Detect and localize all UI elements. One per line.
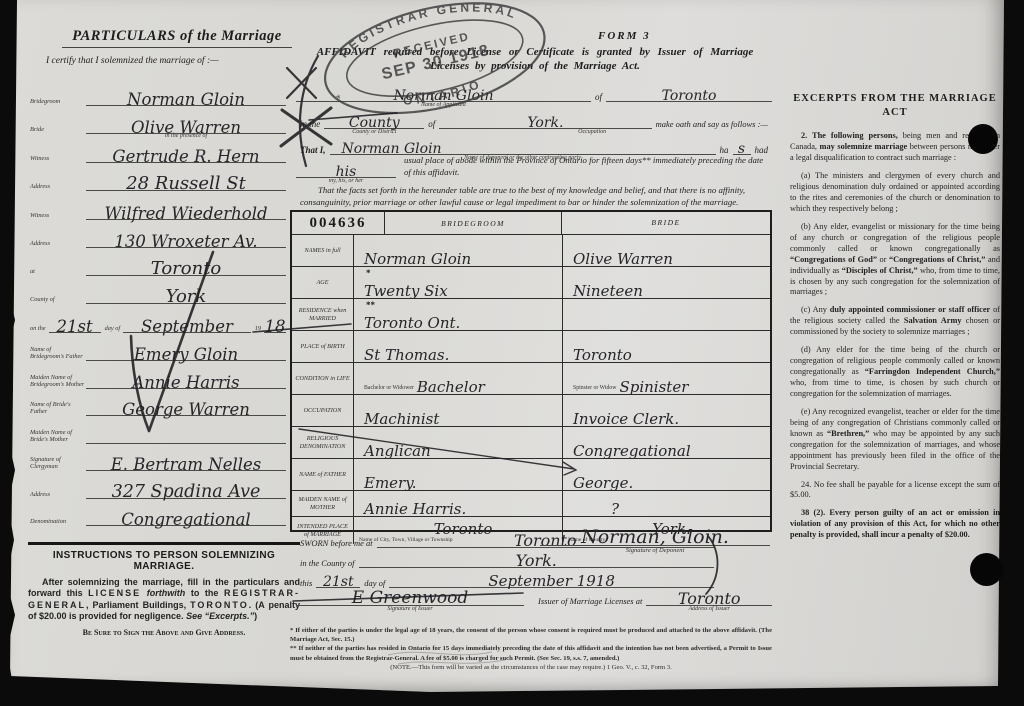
groom-cell: Bachelor or WidowerBachelor (354, 363, 563, 394)
field-denomination: Denomination Congregational (30, 502, 286, 526)
handwritten-value: Annie Harris (132, 373, 239, 392)
printed-oath: make oath and say as follows :— (652, 119, 772, 129)
field-clergy-address: Address 327 Spadina Ave (30, 475, 286, 499)
printed-sworn-at: SWORN before me at (296, 538, 377, 548)
table-row-denomination: RELIGIOUS DENOMINATION Anglican Congrega… (292, 427, 770, 459)
excerpt-para-a: (a) The ministers and clergymen of every… (790, 171, 1000, 215)
issuer-signature-line: E Greenwood Signature of Issuer (296, 585, 524, 606)
footnotes: * If either of the parties is under the … (290, 626, 772, 672)
handwritten-cell: Bachelor (417, 378, 485, 396)
handwritten-cell: Norman Gloin (364, 250, 471, 268)
excerpt-para-38: 38 (2). Every person guilty of an act or… (790, 508, 1000, 541)
field-label: Witness (30, 212, 86, 220)
handwritten-value: 327 Spadina Ave (112, 482, 261, 502)
field-label: Witness (30, 155, 86, 163)
row-label: RELIGIOUS DENOMINATION (292, 427, 354, 458)
stamp-asterisk: * (335, 91, 343, 106)
handwritten-cell: Anglican (364, 442, 431, 460)
field-address-1: Address 28 Russell St (30, 167, 286, 191)
field-address-2: Address 130 Wroxeter Av. (30, 224, 286, 248)
bride-cell: Spinster or WidowSpinister (563, 363, 770, 394)
table-row-names: NAMES in full Norman Gloin Olive Warren (292, 235, 770, 267)
row-label: AGE (292, 267, 354, 298)
row-label: NAMES in full (292, 235, 354, 266)
row-label: RESIDENCE when MARRIED (292, 299, 354, 330)
handwritten-year: 18 (265, 317, 286, 336)
field-label: Bridegroom (30, 98, 86, 106)
groom-cell: St Thomas. (354, 331, 563, 362)
handwritten-value: Congregational (121, 510, 250, 529)
handwritten-day: 21st (57, 317, 93, 336)
row-label: MAIDEN NAME of MOTHER (292, 491, 354, 516)
bride-cell: Nineteen (563, 267, 770, 298)
row-label: NAME of FATHER (292, 459, 354, 490)
groom-cell: **Toronto Ont. (354, 299, 563, 330)
printed-of: of (591, 92, 606, 102)
facts-paragraph: That the facts set forth in the hereunde… (300, 185, 772, 209)
certify-line: I certify that I solemnized the marriage… (46, 56, 219, 66)
ruled-line: Wilfred Wiederhold (86, 200, 286, 220)
handwritten-cell: Machinist (364, 410, 439, 428)
ruled-line (86, 443, 286, 444)
handwritten-cell: Toronto (573, 346, 632, 364)
field-label: County of (30, 296, 86, 304)
bride-cell: Congregational (563, 427, 770, 458)
handwritten-cell: Twenty Six (364, 282, 448, 300)
ruled-line: Gertrude R. Hern (86, 143, 286, 163)
excerpt-para-e: (e) Any recognized evangelist, teacher o… (790, 407, 1000, 473)
excerpts-title: EXCERPTS FROM THE MARRIAGE ACT (790, 92, 1000, 119)
ruled-line: 130 Wroxeter Av. (86, 228, 286, 248)
license-number: 004636 (292, 212, 385, 234)
footnote-mark: ** (366, 300, 375, 310)
form-number: FORM 3 (598, 30, 651, 42)
field-witness-1: Witness Gertrude R. Hern (30, 139, 286, 163)
condition-caption: Bachelor or Widower (364, 385, 414, 394)
printed-had: had (751, 145, 773, 155)
handwritten-value: Norman Gloin (127, 90, 245, 109)
ruled-line: E. Bertram Nelles (86, 451, 286, 471)
bride-cell (563, 299, 770, 330)
handwritten-value: George Warren (122, 400, 250, 419)
issuer-line: E Greenwood Signature of Issuer Issuer o… (296, 586, 772, 606)
handwritten-value: York (166, 286, 207, 307)
date-prefix: on the (30, 325, 49, 333)
excerpt-para-d: (d) Any elder for the time being of the … (790, 345, 1000, 400)
handwritten-cell: Invoice Clerk. (573, 410, 679, 428)
groom-cell: Machinist (354, 395, 563, 426)
table-row-mother: MAIDEN NAME of MOTHER Annie Harris. ? (292, 491, 770, 517)
printed-in-county: in the County of (296, 558, 359, 568)
hole-punch-bottom (970, 553, 1003, 586)
date-19: 19 (251, 325, 264, 333)
printed-that-i: That I, (296, 145, 330, 155)
deponent-signature-caption: Signature of Deponent (540, 547, 770, 554)
deponent-line: That I, Norman Gloin Name of deponent or… (296, 133, 772, 155)
field-bride-mother: Maiden Name of Bride's Mother (30, 420, 286, 444)
issuer-address-caption: Address of Issuer (688, 606, 729, 612)
field-bride: Bride Olive Warren in the presence of (30, 110, 286, 134)
ruled-line: Olive Warren in the presence of (86, 114, 286, 134)
groom-cell: Emery. (354, 459, 563, 490)
hole-punch-top (968, 124, 998, 154)
handwritten-deponent-signature: Norman, Gloin. (581, 526, 729, 548)
ha-s-line: s (733, 138, 751, 155)
handwritten-cell: Emery. (364, 474, 416, 492)
field-label: Bride (30, 126, 86, 134)
particulars-title: PARTICULARS of the Marriage (62, 28, 292, 48)
field-label: Maiden Name of Bride's Mother (30, 429, 86, 444)
applicant-place-line: Toronto (606, 85, 772, 102)
field-label: Name of Bridegroom's Father (30, 346, 86, 361)
field-groom-mother: Maiden Name of Bridegroom's Mother Annie… (30, 365, 286, 389)
bride-cell: ? (563, 491, 770, 516)
handwritten-cell: Spinister (619, 378, 688, 396)
ruled-line: Toronto (86, 254, 286, 276)
instructions-title: INSTRUCTIONS TO PERSON SOLEMNIZING MARRI… (28, 550, 300, 572)
table-header: 004636 BRIDEGROOM BRIDE (292, 212, 770, 235)
groom-cell: *Twenty Six (354, 267, 563, 298)
handwritten-value: Toronto (151, 258, 222, 279)
field-date: on the 21st day of September 19 18 (30, 309, 286, 333)
handwritten-cell: Annie Harris. (364, 500, 466, 518)
field-label: Signature of Clergyman (30, 456, 86, 471)
field-label: Maiden Name of Bridegroom's Mother (30, 374, 86, 389)
handwritten-cell: Toronto Ont. (364, 314, 460, 332)
handwritten-value: E. Bertram Nelles (111, 455, 262, 474)
svg-text:ONTARIO: ONTARIO (401, 76, 486, 112)
instructions-footer: Be Sure to Sign the Above and Give Addre… (28, 628, 300, 637)
ruled-line: York (86, 282, 286, 304)
stamp-arc-bottom: ONTARIO (401, 76, 486, 112)
issuer-place-line: Toronto Address of Issuer (646, 586, 772, 606)
field-label: Address (30, 240, 86, 248)
deponent-name-line: Norman Gloin Name of deponent or the oth… (330, 138, 716, 155)
groom-cell: Norman Gloin (354, 235, 563, 266)
field-groom-father: Name of Bridegroom's Father Emery Gloin (30, 337, 286, 361)
handwritten-value: Gertrude R. Hern (112, 147, 259, 166)
bride-cell: Invoice Clerk. (563, 395, 770, 426)
his-line: his my, his, or her (296, 161, 396, 178)
abode-line: his my, his, or her usual place of abode… (296, 158, 772, 178)
ruled-line: Annie Harris (86, 369, 286, 389)
row-label: PLACE of BIRTH (292, 331, 354, 362)
row-label: OCCUPATION (292, 395, 354, 426)
ruled-line: 327 Spadina Ave (86, 478, 286, 499)
excerpt-para-b: (b) Any elder, evangelist or missionary … (790, 222, 1000, 299)
condition-caption: Spinster or Widow (573, 385, 616, 394)
ruled-line: Norman Gloin (86, 86, 286, 106)
handwritten-cell: St Thomas. (364, 346, 449, 364)
divider-rule (28, 542, 300, 545)
marriage-table: 004636 BRIDEGROOM BRIDE NAMES in full No… (290, 210, 772, 532)
ruled-line: Congregational (86, 506, 286, 526)
bride-cell: George. (563, 459, 770, 490)
instructions-box: INSTRUCTIONS TO PERSON SOLEMNIZING MARRI… (28, 550, 300, 637)
field-label: Address (30, 183, 86, 191)
field-label: Denomination (30, 518, 86, 526)
table-row-birthplace: PLACE of BIRTH St Thomas. Toronto (292, 331, 770, 363)
issuer-signature-caption: Signature of Issuer (387, 606, 432, 612)
handwritten-month: September (141, 317, 233, 336)
handwritten-place: Toronto (662, 88, 717, 104)
county-value-line: York. Occupation (439, 112, 651, 129)
field-bride-father: Name of Bride's Father George Warren (30, 392, 286, 416)
table-row-residence: RESIDENCE when MARRIED **Toronto Ont. (292, 299, 770, 331)
instructions-body: After solemnizing the marriage, fill in … (28, 577, 300, 622)
field-at: at Toronto (30, 252, 286, 276)
ruled-line: 28 Russell St (86, 169, 286, 191)
ruled-line: September (123, 313, 251, 333)
table-row-father: NAME of FATHER Emery. George. (292, 459, 770, 491)
excerpt-para-24: 24. No fee shall be payable for a licens… (790, 480, 1000, 502)
ruled-line: Emery Gloin (86, 341, 286, 361)
groom-cell: Annie Harris. (354, 491, 563, 516)
field-bridegroom: Bridegroom Norman Gloin (30, 82, 286, 106)
footnote-1: * If either of the parties is under the … (290, 626, 772, 644)
table-row-age: AGE *Twenty Six Nineteen (292, 267, 770, 299)
handwritten-value: Emery Gloin (134, 345, 238, 364)
handwritten-county: York. (527, 115, 563, 131)
handwritten-issuer-signature: E Greenwood (352, 588, 469, 608)
printed-issuer-at: Issuer of Marriage Licenses at (524, 596, 646, 606)
printed-ha: ha (716, 145, 733, 155)
ruled-line: George Warren (86, 396, 286, 416)
bride-cell: Toronto (563, 331, 770, 362)
bride-header: BRIDE (561, 212, 770, 234)
field-label: at (30, 268, 86, 276)
footnote-mark: * (366, 268, 371, 278)
footnote-2: ** If neither of the parties has resided… (290, 644, 772, 662)
field-label: Name of Bride's Father (30, 401, 86, 416)
handwritten-cell: George. (573, 474, 633, 492)
ruled-line: 18 (264, 313, 286, 333)
handwritten-cell: Nineteen (573, 282, 643, 300)
scanned-marriage-document: PARTICULARS of the Marriage I certify th… (0, 0, 1024, 706)
deponent-signature-block: Norman, Gloin. Signature of Deponent (540, 526, 770, 554)
excerpts-column: EXCERPTS FROM THE MARRIAGE ACT 2. The fo… (790, 92, 1000, 548)
row-label: CONDITION in LIFE (292, 363, 354, 394)
field-witness-2: Witness Wilfred Wiederhold (30, 196, 286, 220)
handwritten-value: Wilfred Wiederhold (104, 204, 267, 223)
field-county: County of York (30, 280, 286, 304)
table-row-condition: CONDITION in LIFE Bachelor or WidowerBac… (292, 363, 770, 395)
handwritten-value: 130 Wroxeter Av. (114, 232, 257, 251)
field-clergy-signature: Signature of Clergyman E. Bertram Nelles (30, 447, 286, 471)
groom-cell: Anglican (354, 427, 563, 458)
ruled-line: 21st (49, 313, 101, 333)
field-label: Address (30, 491, 86, 499)
bride-cell: Olive Warren (563, 235, 770, 266)
bridegroom-header: BRIDEGROOM (385, 219, 561, 228)
excerpt-para-c: (c) Any duly appointed commissioner or s… (790, 305, 1000, 338)
handwritten-value: 28 Russell St (126, 173, 246, 194)
his-caption: my, his, or her (329, 178, 364, 184)
handwritten-cell: Olive Warren (573, 250, 673, 268)
printed-of-2: of (424, 119, 439, 129)
handwritten-cell: Congregational (573, 442, 691, 460)
footnote-3: (NOTE.—This form will be varied as the c… (290, 663, 772, 672)
table-row-occupation: OCCUPATION Machinist Invoice Clerk. (292, 395, 770, 427)
date-mid: day of (101, 325, 124, 333)
printed-in-the: in the (296, 119, 324, 129)
handwritten-question-mark: ? (611, 500, 619, 518)
printed-abode: usual place of abode within the Province… (396, 155, 772, 178)
